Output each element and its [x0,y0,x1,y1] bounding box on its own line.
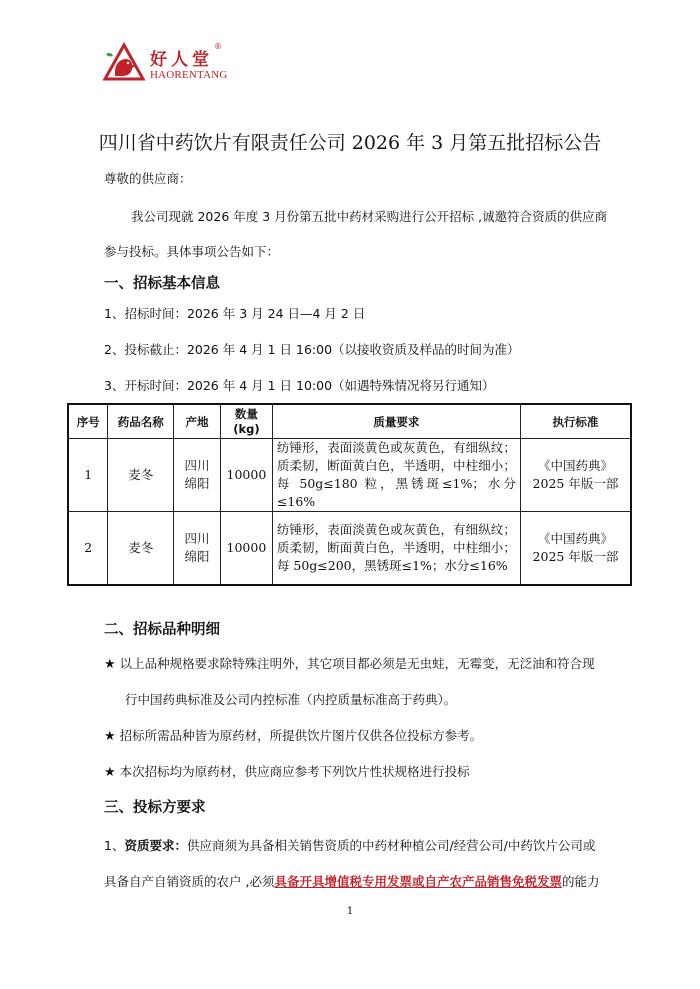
col-header-name: 药品名称 [108,404,174,439]
section-1-heading: 一、招标基本信息 [104,272,220,293]
cell-standard: 《中国药典》2025 年版一部 [520,439,631,512]
cell-standard: 《中国药典》2025 年版一部 [520,512,631,586]
quantity-label: 数量 [235,407,258,421]
page-title: 四川省中药饮片有限责任公司 2026 年 3 月第五批招标公告 [0,128,700,155]
qualification-line-2: 具备自产自销资质的农户 ,必须具备开具增值税专用发票或自产农产品销售免税发票的能… [104,872,599,890]
standard-line-2: 2025 年版一部 [533,549,619,564]
cell-no: 2 [68,512,108,586]
cell-quantity: 10000 [220,439,272,512]
standard-line-1: 《中国药典》 [538,531,613,546]
cell-name: 麦冬 [108,512,174,586]
logo-english-name: HAORENTANG [150,69,228,81]
bid-time: 1、招标时间：2026 年 3 月 24 日—4 月 2 日 [104,304,365,322]
section-3-heading: 三、投标方要求 [104,796,206,817]
standard-line-1: 《中国药典》 [538,458,613,473]
cell-origin: 四川绵阳 [174,439,221,512]
cell-requirement: 纺锤形，表面淡黄色或灰黄色，有细纵纹；质柔韧，断面黄白色，半透明，中柱细小；每 … [272,439,520,512]
qualification-label: 资质要求： [124,838,187,853]
bid-opening-time: 3、开标时间：2026 年 4 月 1 日 10:00（如遇特殊情况将另行通知） [104,376,495,394]
page-number: 1 [0,906,700,917]
bullet-3-text: 本次招标均为原药材，供应商应参考下列饮片性状规格进行投标 [120,764,470,779]
cell-origin: 四川绵阳 [174,512,221,586]
bullet-1-line-1: ★ 以上品种规格要求除特殊注明外，其它项目都必须是无虫蛀，无霉变，无泛油和符合现 [104,654,595,672]
item-number: 1、 [104,838,124,853]
col-header-standard: 执行标准 [520,404,631,439]
col-header-quantity: 数量 (kg) [220,404,272,439]
bullet-2-text: 招标所需品种皆为原药材，所提供饮片图片仅供各位投标方参考。 [120,728,483,743]
table-header-row: 序号 药品名称 产地 数量 (kg) 质量要求 执行标准 [68,404,631,439]
col-header-no: 序号 [68,404,108,439]
bid-items-table: 序号 药品名称 产地 数量 (kg) 质量要求 执行标准 1 麦冬 四川绵阳 1… [67,403,632,586]
bird-triangle-logo-icon [102,42,146,82]
star-icon: ★ [104,657,116,672]
bullet-1-line-2: 行中国药典标准及公司内控标准（内控质量标准高于药典）。 [125,690,456,708]
star-icon: ★ [104,729,116,744]
star-icon: ★ [104,765,116,780]
qualification-text-post: 的能力 [562,874,600,889]
col-header-origin: 产地 [174,404,221,439]
intro-line-2: 参与投标。具体事项公告如下： [104,242,279,260]
table-row: 1 麦冬 四川绵阳 10000 纺锤形，表面淡黄色或灰黄色，有细纵纹；质柔韧，断… [68,439,631,512]
invoice-requirement-highlight: 具备开具增值税专用发票或自产农产品销售免税发票 [274,874,562,889]
origin-line-1: 四川 [185,531,210,546]
cell-quantity: 10000 [220,512,272,586]
logo-chinese-name: 好人堂 [150,45,213,70]
company-logo: 好人堂 ® HAORENTANG [102,42,252,86]
qualification-text-pre: 具备自产自销资质的农户 ,必须 [104,874,274,889]
qualification-text: 供应商须为具备相关销售资质的中药材种植公司/经营公司/中药饮片公司或 [187,838,595,853]
origin-line-2: 绵阳 [185,476,210,491]
standard-line-2: 2025 年版一部 [533,476,619,491]
cell-no: 1 [68,439,108,512]
salutation: 尊敬的供应商： [104,169,192,187]
cell-requirement: 纺锤形，表面淡黄色或灰黄色，有细纵纹；质柔韧，断面黄白色，半透明，中柱细小；每 … [272,512,520,586]
bullet-2: ★ 招标所需品种皆为原药材，所提供饮片图片仅供各位投标方参考。 [104,726,482,744]
bullet-3: ★ 本次招标均为原药材，供应商应参考下列饮片性状规格进行投标 [104,762,470,780]
qualification-line-1: 1、资质要求：供应商须为具备相关销售资质的中药材种植公司/经营公司/中药饮片公司… [104,836,595,854]
col-header-requirement: 质量要求 [272,404,520,439]
bullet-1-text: 以上品种规格要求除特殊注明外，其它项目都必须是无虫蛀，无霉变，无泛油和符合现 [120,656,595,671]
origin-line-1: 四川 [185,458,210,473]
intro-line-1: 我公司现就 2026 年度 3 月份第五批中药材采购进行公开招标 ,诚邀符合资质… [131,207,607,225]
registered-mark: ® [214,42,222,51]
quantity-unit: (kg) [233,422,259,436]
table-row: 2 麦冬 四川绵阳 10000 纺锤形，表面淡黄色或灰黄色，有细纵纹；质柔韧，断… [68,512,631,586]
cell-name: 麦冬 [108,439,174,512]
origin-line-2: 绵阳 [185,549,210,564]
section-2-heading: 二、招标品种明细 [104,618,220,639]
bid-deadline: 2、投标截止：2026 年 4 月 1 日 16:00（以接收资质及样品的时间为… [104,340,520,358]
